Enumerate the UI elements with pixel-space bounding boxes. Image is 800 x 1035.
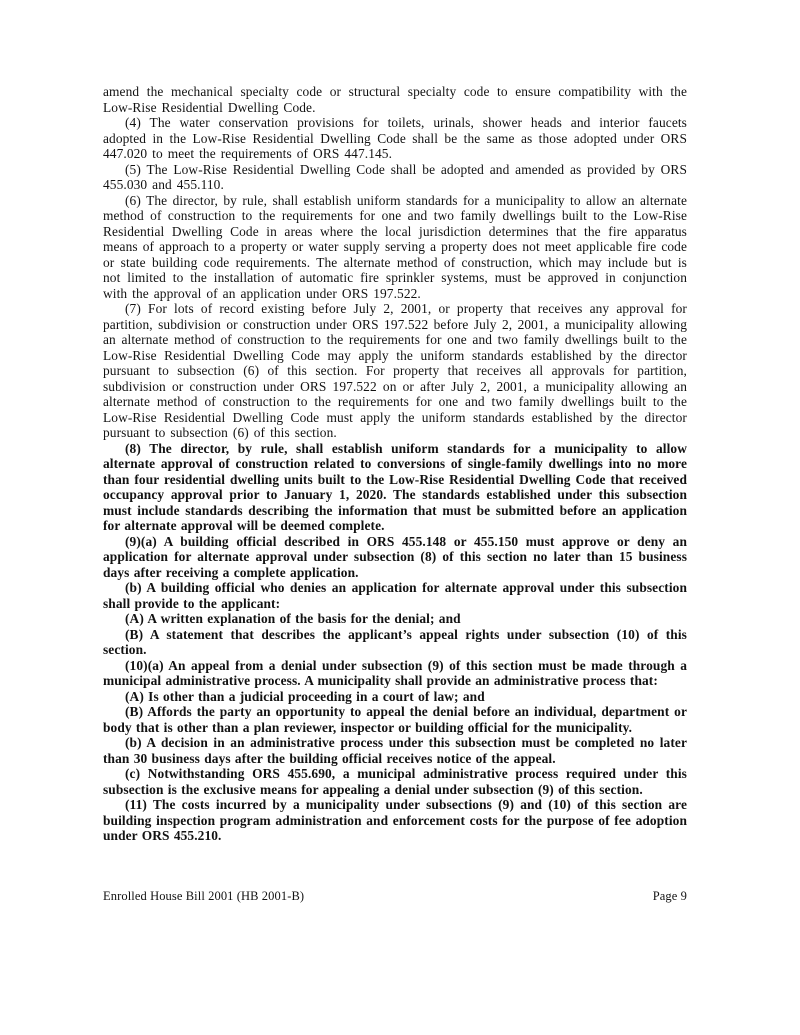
- paragraph-subsection-6: (6) The director, by rule, shall establi…: [103, 193, 687, 302]
- paragraph-subsection-8: (8) The director, by rule, shall establi…: [103, 441, 687, 534]
- paragraph-subsection-4: (4) The water conservation provisions fo…: [103, 115, 687, 162]
- footer-bill-title: Enrolled House Bill 2001 (HB 2001-B): [103, 889, 304, 904]
- paragraph-subsection-10a-B: (B) Affords the party an opportunity to …: [103, 704, 687, 735]
- paragraph-subsection-10a-A: (A) Is other than a judicial proceeding …: [103, 689, 687, 705]
- document-page: amend the mechanical specialty code or s…: [0, 0, 800, 1035]
- bill-body-text: amend the mechanical specialty code or s…: [103, 84, 687, 844]
- paragraph-subsection-7: (7) For lots of record existing before J…: [103, 301, 687, 441]
- paragraph-subsection-5: (5) The Low-Rise Residential Dwelling Co…: [103, 162, 687, 193]
- paragraph-subsection-9a: (9)(a) A building official described in …: [103, 534, 687, 581]
- paragraph-subsection-9b-B: (B) A statement that describes the appli…: [103, 627, 687, 658]
- paragraph-subsection-10b: (b) A decision in an administrative proc…: [103, 735, 687, 766]
- paragraph-continuation: amend the mechanical specialty code or s…: [103, 84, 687, 115]
- paragraph-subsection-9b-A: (A) A written explanation of the basis f…: [103, 611, 687, 627]
- page-footer: Enrolled House Bill 2001 (HB 2001-B) Pag…: [103, 889, 687, 904]
- paragraph-subsection-9b: (b) A building official who denies an ap…: [103, 580, 687, 611]
- footer-page-number: Page 9: [653, 889, 687, 904]
- paragraph-subsection-11: (11) The costs incurred by a municipalit…: [103, 797, 687, 844]
- paragraph-subsection-10a: (10)(a) An appeal from a denial under su…: [103, 658, 687, 689]
- paragraph-subsection-10c: (c) Notwithstanding ORS 455.690, a munic…: [103, 766, 687, 797]
